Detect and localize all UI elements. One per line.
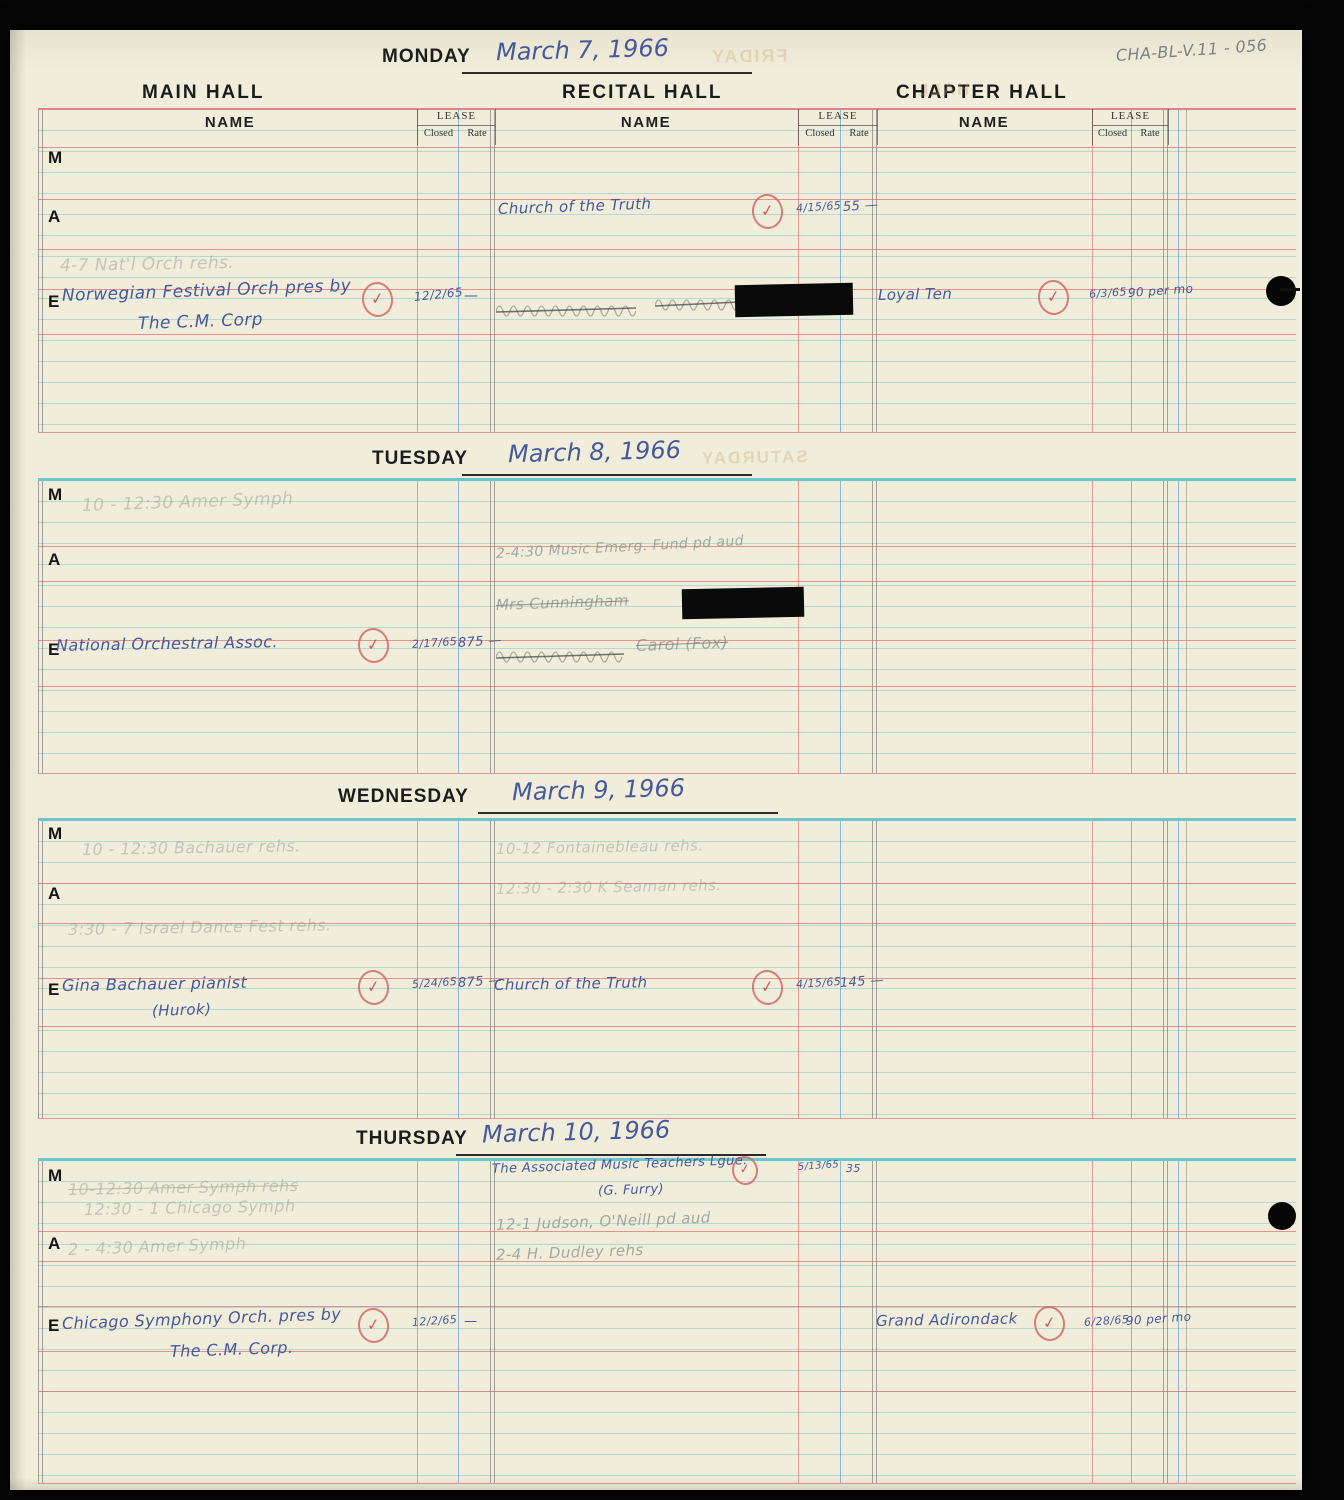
lease-check-icon: ✓: [730, 1154, 760, 1186]
pen-line: [1280, 288, 1300, 291]
bleedthrough-text: SATURDAY: [700, 447, 808, 469]
handwriting-layer: 4-7 Nat'l Orch rehs.Norwegian Festival O…: [10, 30, 1302, 1490]
handwritten-ink-entry: Church of the Truth: [498, 195, 652, 218]
punch-hole: [1268, 1202, 1296, 1230]
handwritten-ink-entry: (G. Furry): [598, 1182, 665, 1199]
handwritten-ink-entry: 145 —: [839, 973, 884, 991]
handwritten-ink-entry: 6/28/65: [1084, 1313, 1127, 1329]
handwritten-ink-entry: 6/3/65: [1088, 285, 1129, 301]
handwritten-ink-entry: The C.M. Corp.: [170, 1338, 294, 1361]
scanned-ledger-page: MONDAY March 7, 1966 TUESDAY March 8, 19…: [0, 0, 1344, 1500]
handwritten-pencil-note: 10 - 12:30 Bachauer rehs.: [82, 836, 301, 859]
handwritten-ink-entry: 5/13/65: [798, 1159, 839, 1173]
handwritten-ink-entry: 12/2/65: [412, 1313, 457, 1329]
handwritten-ink-entry: 35: [846, 1162, 861, 1175]
handwritten-pencil-note: 10 - 12:30 Amer Symph: [82, 489, 294, 516]
redaction-box: [735, 283, 854, 317]
handwritten-ink-entry: The Associated Music Teachers Lgue.: [492, 1153, 748, 1177]
crossed-out-scrawl: [655, 296, 740, 319]
handwritten-ink-entry: Grand Adirondack: [876, 1310, 1018, 1330]
handwritten-pencil-note: 4-7 Nat'l Orch rehs.: [60, 253, 234, 276]
bleedthrough-text: HALL: [916, 80, 970, 101]
handwritten-ink-entry: —: [464, 288, 478, 304]
handwritten-ink-entry: 55 —: [842, 198, 878, 215]
lease-check-icon: ✓: [356, 1306, 392, 1345]
handwritten-ink-entry: Gina Bachauer pianist: [62, 973, 247, 995]
handwritten-pencil-note: 2 - 4:30 Amer Symph: [68, 1234, 247, 1259]
handwritten-ink-entry: 4/15/65: [796, 199, 839, 215]
handwritten-ink-entry: 4/15/65: [796, 975, 839, 991]
lease-check-icon: ✓: [750, 192, 786, 231]
handwritten-ink-entry: Loyal Ten: [878, 285, 952, 304]
handwritten-ink-entry: 2/17/65: [412, 635, 457, 651]
handwritten-pencil-note: 12:30 - 1 Chicago Symph: [84, 1196, 296, 1219]
handwritten-ink-entry: (Hurok): [152, 1000, 212, 1020]
handwritten-ink-entry: Chicago Symphony Orch. pres by: [62, 1304, 342, 1333]
handwritten-pencil-note: CHA-BL-V.11 - 056: [1115, 35, 1268, 65]
handwritten-pencil-note: 2-4:30 Music Emerg. Fund pd aud: [496, 533, 745, 562]
handwritten-ink-entry: —: [464, 1314, 477, 1329]
ledger-paper: MONDAY March 7, 1966 TUESDAY March 8, 19…: [10, 30, 1302, 1490]
handwritten-pencil-note: 3:30 - 7 Israel Dance Fest rehs.: [68, 915, 332, 939]
handwritten-ink-entry: Norwegian Festival Orch pres by: [62, 276, 352, 306]
bleedthrough-text: FRIDAY: [710, 45, 788, 67]
handwritten-pencil-note: Carol (Fox): [636, 633, 729, 655]
redaction-box: [682, 587, 805, 620]
handwritten-pencil-note: 10-12 Fontainebleau rehs.: [496, 836, 704, 858]
handwritten-ink-entry: Church of the Truth: [494, 973, 648, 994]
handwritten-pencil-note: 12:30 - 2:30 K Seaman rehs.: [496, 876, 722, 898]
handwritten-pencil-note: 2-4 H. Dudley rehs: [496, 1241, 644, 1264]
handwritten-pencil-note: Mrs Cunningham: [496, 591, 629, 614]
handwritten-ink-entry: 90 per mo: [1128, 281, 1194, 300]
handwritten-pencil-note: 12-1 Judson, O'Neill pd aud: [496, 1209, 711, 1234]
handwritten-ink-entry: 90 per mo: [1126, 1309, 1192, 1328]
handwritten-ink-entry: National Orchestral Assoc.: [56, 632, 278, 655]
handwritten-ink-entry: The C.M. Corp: [138, 310, 264, 334]
lease-check-icon: ✓: [356, 626, 392, 665]
lease-check-icon: ✓: [356, 968, 392, 1007]
handwritten-ink-entry: 5/24/65: [412, 975, 457, 991]
handwritten-pencil-note: 10-12:30 Amer Symph rehs: [68, 1176, 299, 1199]
handwritten-ink-entry: 12/2/65: [413, 286, 456, 304]
lease-check-icon: ✓: [750, 968, 786, 1007]
crossed-out-scrawl: [496, 302, 636, 325]
punch-hole: [1266, 276, 1296, 306]
crossed-out-scrawl: [496, 648, 624, 671]
lease-check-icon: ✓: [360, 280, 396, 319]
lease-check-icon: ✓: [1032, 1304, 1068, 1343]
lease-check-icon: ✓: [1036, 278, 1072, 317]
